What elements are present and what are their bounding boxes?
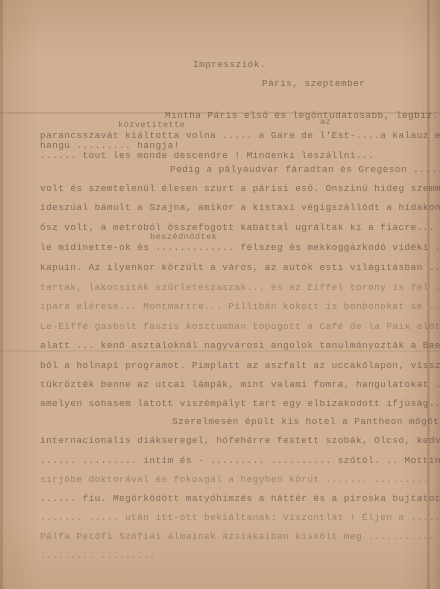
- text-line: ......... .........: [40, 550, 155, 561]
- text-line: ipara elérése... Montmartre... Pillibán …: [40, 301, 440, 312]
- text-line: alatt ... kenő asztaloknál nagyvárosi an…: [40, 340, 440, 351]
- text-line: internacionális diákseregel, hófehérre f…: [40, 435, 440, 446]
- text-line: ...... tout les monde descendre ! Minden…: [40, 150, 374, 161]
- text-line: sírjóbe doktorával és fokosgal a hegyben…: [40, 474, 429, 485]
- text-line: Mintha Páris első és legőntudatosabb, le…: [165, 110, 440, 121]
- document-title: Impressziók.: [193, 59, 266, 70]
- insert-above: beszédnődtek: [150, 232, 217, 242]
- paper-edge-left: [0, 0, 3, 589]
- insert-above: közvetítette: [118, 120, 185, 130]
- text-line: tükrözték benne az utcai lámpák, mint va…: [40, 379, 440, 390]
- text-line: Szerelmesen épült kis hotel a Pantheon m…: [172, 416, 440, 427]
- text-line: le midinette-ok és ............. félszeg…: [40, 242, 440, 253]
- text-line: ősz volt, a metróból összefogott kabátta…: [40, 222, 435, 233]
- text-line: Le-Eiffé gasbolt faszis kosztumban topog…: [40, 321, 440, 332]
- text-line: Pedig a pályaudvar fáradtan és Gregeson …: [170, 164, 440, 175]
- dateline: Páris, szeptember: [262, 78, 365, 89]
- text-line: ...... fiu. Megőrködött matyóhímzés a há…: [40, 493, 440, 504]
- text-line: ....... ..... után itt-ott bekiáltanak: …: [40, 512, 440, 523]
- text-line: ből a holnapi programot. Pimplatt az asz…: [40, 360, 440, 371]
- scanned-typewritten-page: Impressziók. Páris, szeptember közvetíte…: [0, 0, 440, 589]
- text-line: tartak, lakocsiták szűrleteszaszak... és…: [40, 282, 440, 293]
- text-line: ...... ......... intim és - ......... ..…: [40, 455, 440, 466]
- text-line: volt és szemtelenül élesen szurt a páris…: [40, 183, 440, 194]
- text-line: Pálfa Petőfi Szófiai álmainak ázsiákaiba…: [40, 531, 435, 542]
- text-line: amelyen sohasem látott viszémpályt tart …: [40, 398, 440, 409]
- text-line: ideszúal bámult a Szajna, amikor a kista…: [40, 202, 440, 213]
- text-line: kapuin. Az ilyenkor körzült a város, az …: [40, 262, 440, 273]
